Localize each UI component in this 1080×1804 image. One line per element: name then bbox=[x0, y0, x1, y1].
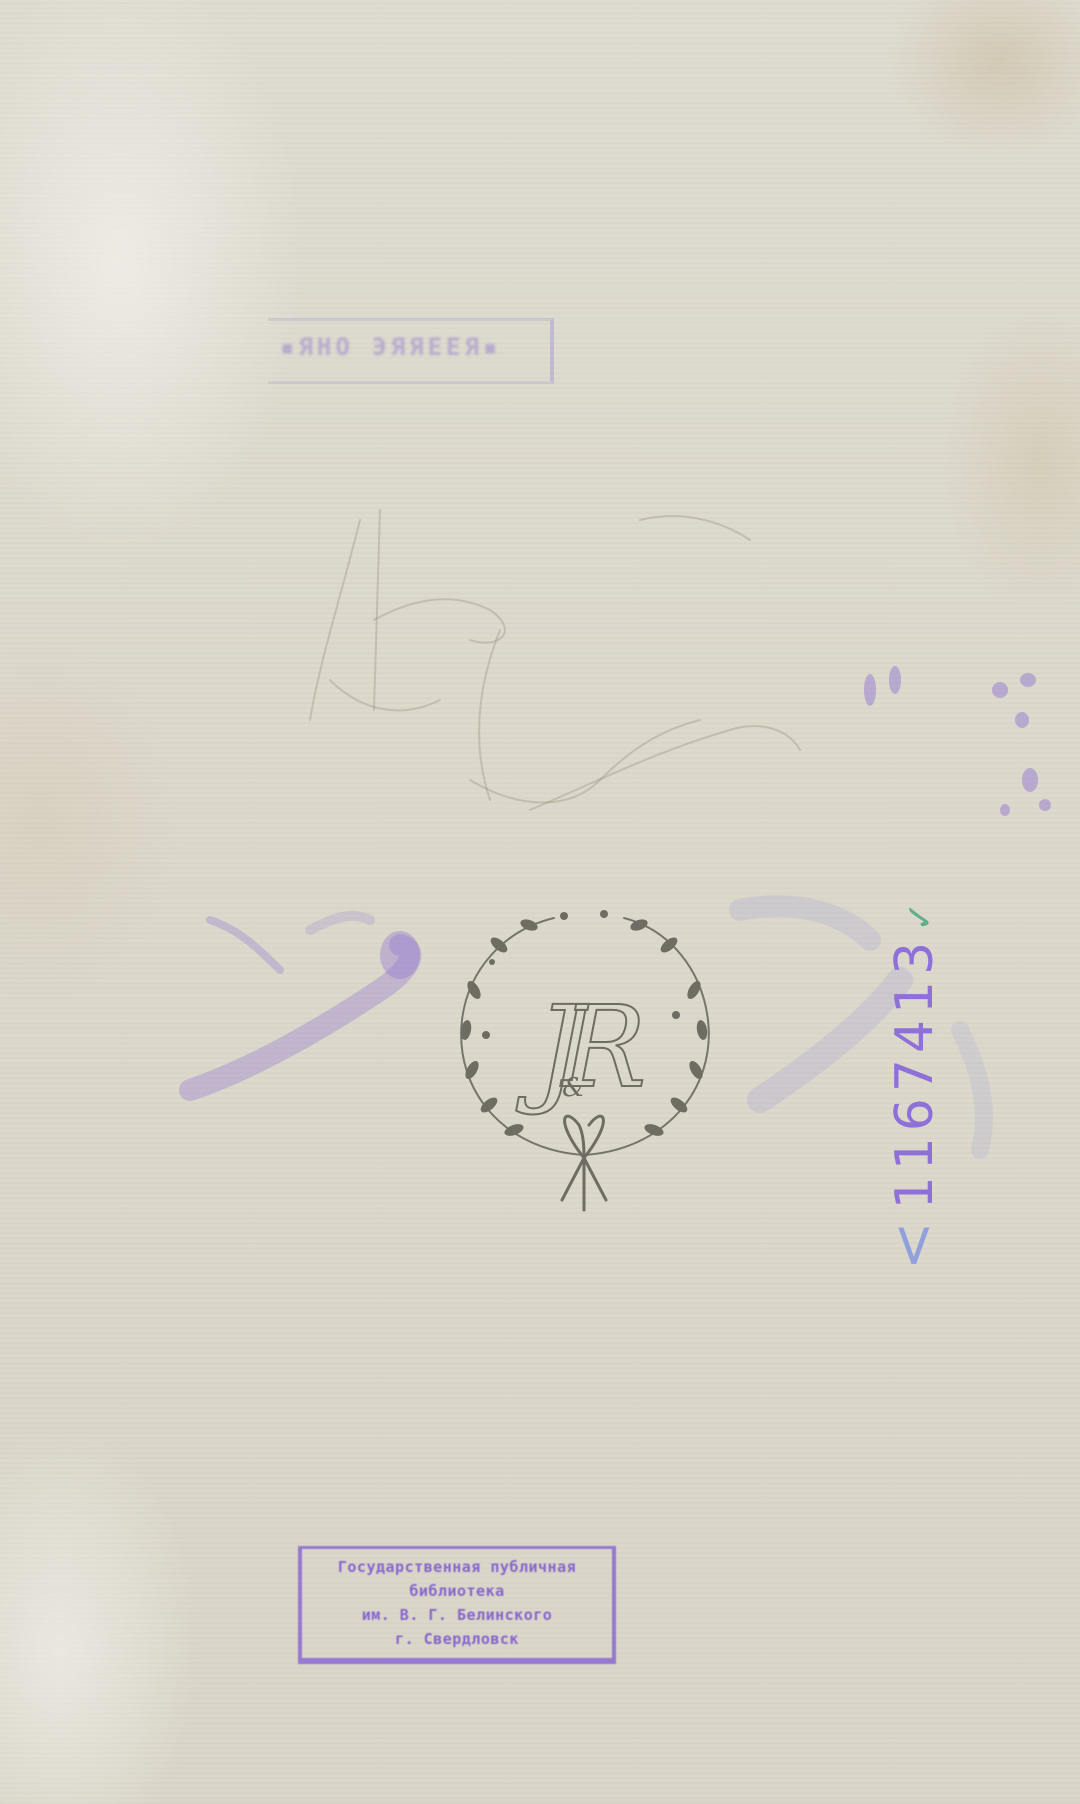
faded-top-stamp: ▪ЯНО ЭЯЯЕЕЯ▪ bbox=[268, 318, 554, 384]
inventory-number: <1167413✓ bbox=[878, 890, 938, 1270]
monogram-wreath: J R & bbox=[444, 900, 724, 1220]
ink-dots-upper-right bbox=[850, 480, 1070, 860]
pencil-signature-marks bbox=[300, 480, 820, 840]
library-stamp-line: им. В. Г. Белинского bbox=[302, 1603, 612, 1627]
faded-top-stamp-text: ▪ЯНО ЭЯЯЕЕЯ▪ bbox=[280, 333, 540, 361]
inventory-number-value: 1167413 bbox=[885, 936, 945, 1210]
library-stamp: Государственная публичная библиотека им.… bbox=[298, 1546, 616, 1664]
ink-smudge-left bbox=[170, 890, 470, 1120]
check-mark-icon: ✓ bbox=[900, 896, 941, 932]
inventory-prefix: < bbox=[878, 1215, 946, 1270]
document-sheet: ▪ЯНО ЭЯЯЕЕЯ▪ bbox=[0, 0, 1080, 1804]
library-stamp-line: библиотека bbox=[302, 1579, 612, 1603]
monogram-ampersand: & bbox=[562, 1073, 585, 1103]
library-stamp-line: Государственная публичная bbox=[302, 1555, 612, 1579]
library-stamp-line: г. Свердловск bbox=[302, 1627, 612, 1651]
ink-smudge-right bbox=[700, 880, 1000, 1160]
